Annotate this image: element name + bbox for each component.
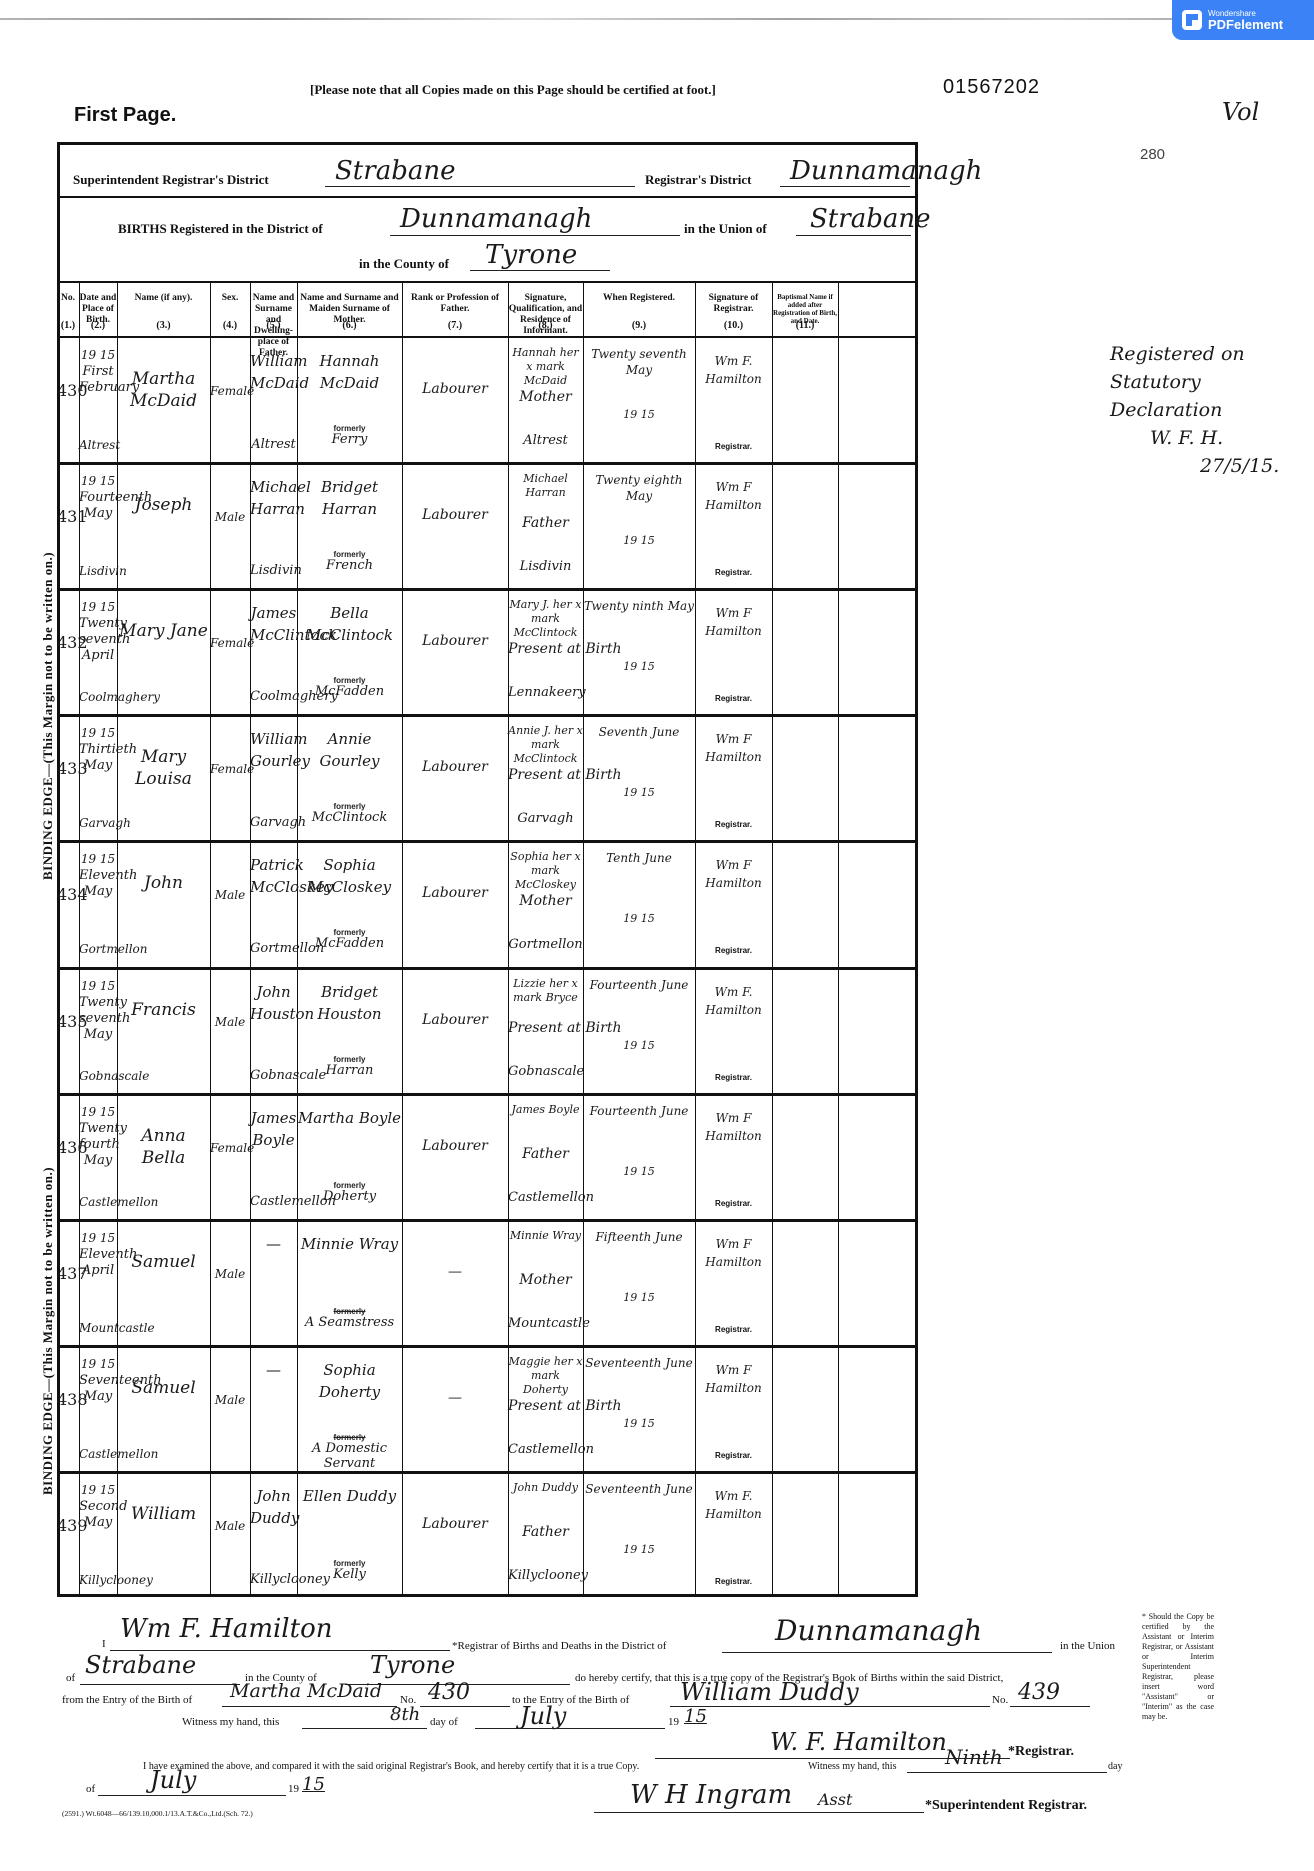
registration-date: Twenty ninth May (583, 598, 695, 614)
birth-year: 19 15 (79, 722, 117, 744)
child-name: Joseph (117, 494, 210, 516)
child-name: John (117, 872, 210, 894)
father-rank: Labourer (402, 378, 508, 400)
father-name: — (250, 1359, 297, 1381)
registration-date: Fifteenth June (583, 1229, 695, 1245)
birth-date: Seventeenth May (79, 1373, 117, 1405)
cert-county: Tyrone (370, 1651, 455, 1679)
birth-place: Coolmaghery (79, 686, 117, 708)
informant-residence: Gortmellon (508, 934, 583, 956)
registrar-label: Registrar. (695, 436, 772, 458)
father-rank: — (402, 1261, 508, 1283)
birth-date: Eleventh April (79, 1247, 117, 1279)
reg-district-value: Dunnamanagh (790, 156, 982, 186)
union-label: in the Union of (684, 221, 767, 237)
informant-qualification: Mother (508, 386, 583, 408)
cert-day-of-label: day of (430, 1716, 458, 1728)
mother-maiden-name: Kelly (297, 1567, 402, 1582)
father-name: James McClintock (250, 602, 297, 646)
registrar-signature: Wm F Hamilton (695, 1235, 772, 1271)
registrar-label: Registrar. (695, 562, 772, 584)
mother-name: Minnie Wray (297, 1233, 402, 1255)
informant-signature: Mary J. her x mark McClintock (508, 598, 583, 640)
father-rank: Labourer (402, 504, 508, 526)
child-name: Samuel (117, 1251, 210, 1273)
father-place: Coolmaghery (250, 686, 297, 708)
child-name: Mary Jane (117, 620, 210, 642)
father-place: Gobnascale (250, 1065, 297, 1087)
registration-date: Fourteenth June (583, 977, 695, 993)
father-place: Altrest (250, 434, 297, 456)
birth-place: Castlemellon (79, 1191, 117, 1213)
informant-qualification: Mother (508, 890, 583, 912)
father-name: James Boyle (250, 1107, 297, 1151)
cert-from-label: from the Entry of the Birth of (62, 1694, 192, 1706)
births-label: BIRTHS Registered in the District of (118, 221, 323, 237)
entry-number: 436 (57, 1137, 79, 1159)
pdfelement-watermark[interactable]: Wondershare PDFelement (1172, 0, 1314, 40)
registrar-signature: Wm F Hamilton (695, 856, 772, 892)
informant-qualification: Father (508, 1143, 583, 1165)
birth-place: Killyclooney (79, 1569, 117, 1591)
birth-year: 19 15 (79, 1479, 117, 1501)
mother-name: Ellen Duddy (297, 1485, 402, 1507)
registrar-signature: Wm F Hamilton (695, 1361, 772, 1397)
child-name: Mary Louisa (117, 746, 210, 790)
informant-residence: Lennakeery (508, 682, 583, 704)
father-rank: Labourer (402, 756, 508, 778)
column-number: (5.) (250, 320, 297, 331)
birth-date: First February (79, 364, 117, 396)
father-rank: Labourer (402, 630, 508, 652)
cert-year-prefix: 19 (288, 1783, 299, 1795)
child-sex: Male (210, 1515, 250, 1537)
child-sex: Male (210, 1389, 250, 1411)
father-rank: Labourer (402, 1513, 508, 1535)
cert-of-label: of (66, 1672, 75, 1684)
birth-place: Garvagh (79, 812, 117, 834)
father-name: Patrick McCloskey (250, 854, 297, 898)
page-ref: 280 (1140, 146, 1165, 163)
cert-witness2-month: July (150, 1766, 196, 1794)
father-place: Gortmellon (250, 938, 297, 960)
informant-residence: Castlemellon (508, 1187, 583, 1209)
registration-date: Fourteenth June (583, 1103, 695, 1119)
row-divider (57, 1093, 918, 1096)
row-divider (57, 714, 918, 717)
birth-place: Altrest (79, 434, 117, 456)
registration-date: Twenty seventh May (583, 346, 695, 378)
registrar-signature: Wm F Hamilton (695, 478, 772, 514)
cert-witness-year: 15 (684, 1706, 707, 1727)
birth-year: 19 15 (79, 1353, 117, 1375)
binding-edge-note: BINDING EDGE—(This Margin not to be writ… (40, 1167, 56, 1495)
corner-initials: Vol (1222, 98, 1259, 126)
birth-year: 19 15 (79, 470, 117, 492)
margin-note-line: 27/5/15. (1110, 452, 1314, 480)
row-divider (57, 1219, 918, 1222)
child-sex: Female (210, 758, 250, 780)
column-number: (10.) (695, 320, 772, 331)
registrar-label: Registrar. (695, 1319, 772, 1341)
cert-district: Dunnamanagh (775, 1614, 982, 1647)
registrar-label: Registrar. (695, 688, 772, 710)
mother-name: Sophia McCloskey (297, 854, 402, 898)
mother-name: Bridget Harran (297, 476, 402, 520)
cert-union: Strabane (85, 1651, 196, 1679)
margin-note: Registered on Statutory Declaration W. F… (1110, 340, 1314, 480)
registration-year: 19 15 (583, 656, 695, 678)
serial-number: 01567202 (943, 76, 1040, 99)
birth-date: Twenty fourth May (79, 1121, 117, 1169)
cert-registrar-name: Wm F. Hamilton (120, 1614, 332, 1644)
margin-note-line: W. F. H. (1110, 424, 1314, 452)
column-header: When Registered. (583, 293, 695, 304)
registration-date: Tenth June (583, 850, 695, 866)
registration-year: 19 15 (583, 404, 695, 426)
pdfelement-logo-icon (1182, 10, 1202, 30)
registrar-label: Registrar. (695, 814, 772, 836)
cert-witness-month: July (520, 1702, 566, 1730)
entry-number: 432 (57, 632, 79, 654)
row-divider (57, 462, 918, 465)
cert-from-no: 430 (428, 1680, 470, 1705)
mother-maiden-name: A Seamstress (297, 1315, 402, 1330)
birth-date: Twenty seventh May (79, 995, 117, 1043)
column-number: (7.) (402, 320, 508, 331)
child-name: Samuel (117, 1377, 210, 1399)
mother-name: Annie Gourley (297, 728, 402, 772)
row-divider (57, 840, 918, 843)
child-sex: Male (210, 506, 250, 528)
entry-number: 435 (57, 1011, 79, 1033)
supt-district-label: Superintendent Registrar's District (73, 172, 269, 188)
registrar-label: Registrar. (695, 1445, 772, 1467)
mother-name: Martha Boyle (297, 1107, 402, 1129)
informant-signature: Lizzie her x mark Bryce (508, 977, 583, 1005)
column-header: No. (57, 293, 79, 304)
cert-day-label: day (1108, 1761, 1122, 1772)
birth-place: Mountcastle (79, 1317, 117, 1339)
page-label: First Page. (74, 104, 176, 127)
birth-year: 19 15 (79, 848, 117, 870)
informant-residence: Altrest (508, 430, 583, 452)
registrar-signature: Wm F. Hamilton (695, 1487, 772, 1523)
birth-year: 19 15 (79, 975, 117, 997)
entry-number: 430 (57, 380, 79, 402)
registrar-signature: Wm F. Hamilton (695, 983, 772, 1019)
informant-residence: Gobnascale (508, 1061, 583, 1083)
column-header: Signature of Registrar. (695, 293, 772, 315)
watermark-brand-large: PDFelement (1208, 18, 1283, 32)
father-place: Lisdivin (250, 560, 297, 582)
mother-maiden-name: A Domestic Servant (297, 1441, 402, 1471)
county-label: in the County of (359, 256, 449, 272)
cert-witness-day: 8th (390, 1704, 420, 1725)
registration-date: Seventeenth June (583, 1355, 695, 1371)
informant-signature: Sophia her x mark McCloskey (508, 850, 583, 892)
child-name: Anna Bella (117, 1125, 210, 1169)
print-code: (2591.) Wt.6048—66/139.10,000.1/13.A.T.&… (62, 1809, 253, 1818)
birth-place: Castlemellon (79, 1443, 117, 1465)
column-divider (117, 283, 118, 1597)
cert-side-note: * Should the Copy be certified by the As… (1142, 1612, 1214, 1722)
registration-year: 19 15 (583, 1413, 695, 1435)
births-district-value: Dunnamanagh (400, 204, 592, 234)
column-number: (2.) (79, 320, 117, 331)
father-rank: Labourer (402, 1135, 508, 1157)
informant-signature: Annie J. her x mark McClintock (508, 724, 583, 766)
father-place: Killyclooney (250, 1569, 297, 1591)
registrar-label: Registrar. (695, 1571, 772, 1593)
father-place: Garvagh (250, 812, 297, 834)
birth-date: Thirtieth May (79, 742, 117, 774)
informant-qualification: Present at Birth (508, 764, 583, 786)
mother-maiden-name: McClintock (297, 810, 402, 825)
entry-number: 434 (57, 884, 79, 906)
birth-place: Lisdivin (79, 560, 117, 582)
registrar-signature: Wm F Hamilton (695, 604, 772, 640)
informant-signature: Maggie her x mark Doherty (508, 1355, 583, 1397)
mother-maiden-name: McFadden (297, 936, 402, 951)
father-name: Michael Harran (250, 476, 297, 520)
cert-witness2-day: Ninth (945, 1745, 1003, 1769)
column-number: (9.) (583, 320, 695, 331)
scan-artifact (0, 18, 1314, 20)
registrar-label: Registrar. (695, 1193, 772, 1215)
row-divider (57, 588, 918, 591)
reg-district-label: Registrar's District (645, 172, 752, 188)
supt-district-value: Strabane (335, 156, 455, 186)
informant-residence: Lisdivin (508, 556, 583, 578)
child-name: Martha McDaid (117, 368, 210, 412)
registration-date: Seventeenth June (583, 1481, 695, 1497)
informant-signature: Michael Harran (508, 472, 583, 500)
registration-year: 19 15 (583, 908, 695, 930)
cert-witness2-label: Witness my hand, this (808, 1761, 896, 1772)
informant-residence: Castlemellon (508, 1439, 583, 1461)
entry-number: 438 (57, 1389, 79, 1411)
column-number: (1.) (57, 320, 79, 331)
mother-name: Bridget Houston (297, 981, 402, 1025)
registration-year: 19 15 (583, 1287, 695, 1309)
child-sex: Female (210, 1137, 250, 1159)
informant-qualification: Present at Birth (508, 1017, 583, 1039)
birth-date: Fourteenth May (79, 490, 117, 522)
cert-supt-suffix: Asst (818, 1790, 852, 1809)
mother-maiden-name: Doherty (297, 1189, 402, 1204)
birth-year: 19 15 (79, 1227, 117, 1249)
column-number: (4.) (210, 320, 250, 331)
registrar-signature: Wm F. Hamilton (695, 352, 772, 388)
cert-supt-signature: W H Ingram (630, 1780, 792, 1810)
column-header: Name (if any). (117, 293, 210, 304)
father-name: John Duddy (250, 1485, 297, 1529)
column-divider (838, 283, 839, 1597)
row-divider (57, 1471, 918, 1474)
registration-date: Seventh June (583, 724, 695, 740)
entry-number: 431 (57, 506, 79, 528)
entry-number: 439 (57, 1515, 79, 1537)
column-number: (8.) (508, 320, 583, 331)
row-divider (57, 1345, 918, 1348)
informant-residence: Mountcastle (508, 1313, 583, 1335)
mother-maiden-name: Harran (297, 1063, 402, 1078)
cert-signature: W. F. Hamilton (770, 1728, 947, 1756)
birth-date: Twenty seventh April (79, 616, 117, 664)
registration-year: 19 15 (583, 530, 695, 552)
informant-qualification: Present at Birth (508, 638, 583, 660)
mother-maiden-name: McFadden (297, 684, 402, 699)
birth-date: Eleventh May (79, 868, 117, 900)
informant-signature: John Duddy (508, 1481, 583, 1495)
father-rank: — (402, 1387, 508, 1409)
birth-place: Gobnascale (79, 1065, 117, 1087)
child-name: Francis (117, 999, 210, 1021)
registrar-signature: Wm F Hamilton (695, 1109, 772, 1145)
registrar-label: Registrar. (695, 940, 772, 962)
child-sex: Male (210, 1011, 250, 1033)
informant-signature: Hannah her x mark McDaid (508, 346, 583, 388)
binding-edge-note: BINDING EDGE—(This Margin not to be writ… (40, 552, 56, 880)
informant-signature: Minnie Wray (508, 1229, 583, 1243)
cert-year-prefix: 19 (668, 1716, 679, 1728)
father-name: John Houston (250, 981, 297, 1025)
birth-year: 19 15 (79, 1101, 117, 1123)
margin-note-line: Statutory Declaration (1110, 368, 1314, 424)
registration-year: 19 15 (583, 1539, 695, 1561)
registration-year: 19 15 (583, 1161, 695, 1183)
cert-of2-label: of (86, 1783, 95, 1795)
row-divider (57, 967, 918, 970)
column-header: Sex. (210, 293, 250, 304)
cert-to-name: William Duddy (680, 1678, 859, 1706)
cert-examined-text: I have examined the above, and compared … (143, 1761, 639, 1772)
father-name: William Gourley (250, 728, 297, 772)
registration-year: 19 15 (583, 782, 695, 804)
child-name: William (117, 1503, 210, 1525)
county-value: Tyrone (485, 240, 577, 270)
mother-name: Bella McClintock (297, 602, 402, 646)
child-sex: Male (210, 1263, 250, 1285)
registration-year: 19 15 (583, 1035, 695, 1057)
mother-name: Sophia Doherty (297, 1359, 402, 1403)
mother-maiden-name: French (297, 558, 402, 573)
informant-qualification: Father (508, 1521, 583, 1543)
entry-number: 437 (57, 1263, 79, 1285)
column-number: (6.) (297, 320, 402, 331)
cert-witness2-year: 15 (302, 1774, 325, 1795)
informant-qualification: Father (508, 512, 583, 534)
registrar-signature: Wm F Hamilton (695, 730, 772, 766)
row-divider (57, 336, 918, 338)
father-name: William McDaid (250, 350, 297, 394)
column-header: Rank or Profession of Father. (402, 293, 508, 315)
birth-year: 19 15 (79, 596, 117, 618)
father-rank: Labourer (402, 882, 508, 904)
cert-to-no: 439 (1018, 1680, 1060, 1705)
cert-in-union: in the Union (1060, 1640, 1115, 1652)
registration-date: Twenty eighth May (583, 472, 695, 504)
entry-number: 433 (57, 758, 79, 780)
margin-note-line: Registered on (1110, 340, 1314, 368)
registrar-label: Registrar. (695, 1067, 772, 1089)
column-number: (3.) (117, 320, 210, 331)
column-divider (772, 283, 773, 1597)
father-rank: Labourer (402, 1009, 508, 1031)
mother-maiden-name: Ferry (297, 432, 402, 447)
cert-witness-label: Witness my hand, this (182, 1716, 279, 1728)
cert-no-label: No. (992, 1694, 1008, 1706)
cert-i-label: I (102, 1638, 106, 1650)
cert-role-text: *Registrar of Births and Deaths in the D… (452, 1640, 666, 1652)
birth-year: 19 15 (79, 344, 117, 366)
cert-supt-label: *Superintendent Registrar. (925, 1798, 1087, 1814)
child-sex: Male (210, 884, 250, 906)
child-sex: Female (210, 380, 250, 402)
birth-place: Gortmellon (79, 938, 117, 960)
father-name: — (250, 1233, 297, 1255)
cert-from-name: Martha McDaid (230, 1680, 382, 1702)
cert-registrar-suffix: *Registrar. (1008, 1744, 1074, 1760)
certify-note: [Please note that all Copies made on thi… (310, 82, 716, 98)
father-place: Castlemellon (250, 1191, 297, 1213)
informant-residence: Garvagh (508, 808, 583, 830)
column-number: (11.) (772, 320, 838, 331)
child-sex: Female (210, 632, 250, 654)
birth-date: Second May (79, 1499, 117, 1531)
informant-qualification: Present at Birth (508, 1395, 583, 1417)
informant-signature: James Boyle (508, 1103, 583, 1117)
union-value: Strabane (810, 204, 930, 234)
informant-residence: Killyclooney (508, 1565, 583, 1587)
informant-qualification: Mother (508, 1269, 583, 1291)
mother-name: Hannah McDaid (297, 350, 402, 394)
